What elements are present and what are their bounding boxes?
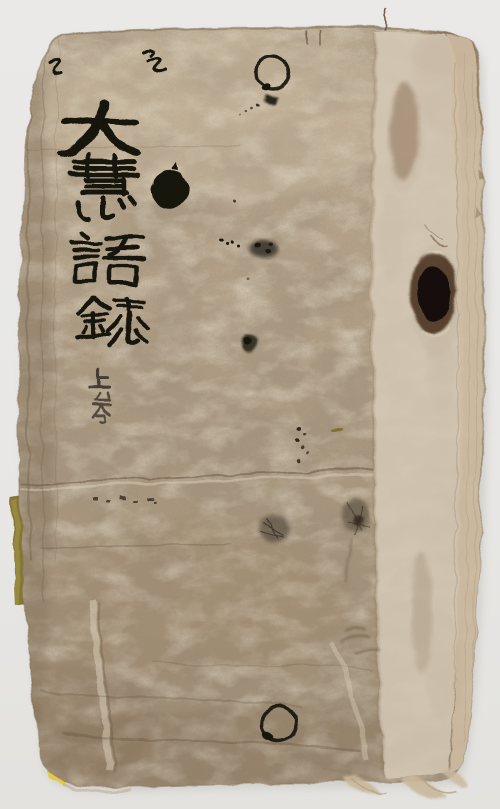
- ink-blob-center: [240, 332, 256, 350]
- ink-smudge-left: [256, 514, 288, 542]
- repair-strip: [370, 31, 461, 776]
- book: [0, 0, 500, 809]
- photo-canvas: 大慧語錄 上巻: [0, 0, 500, 809]
- book-photo: [0, 0, 500, 809]
